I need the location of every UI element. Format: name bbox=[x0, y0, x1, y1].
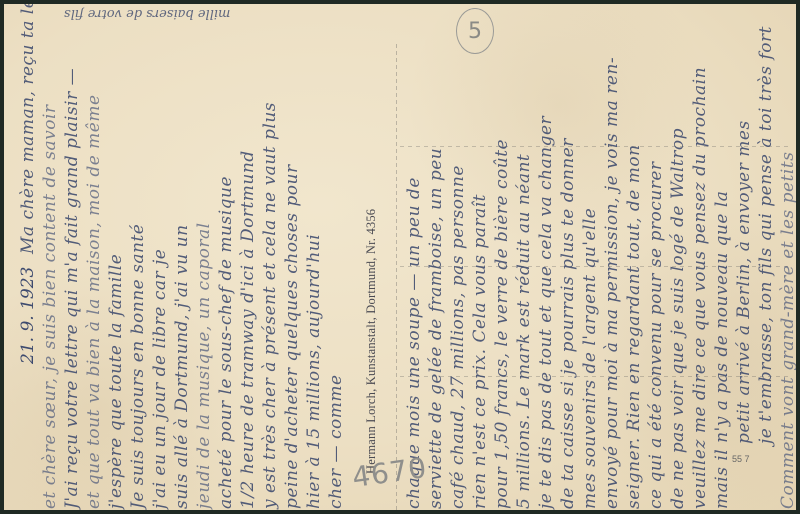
handwritten-line: Je suis toujours en bonne santé bbox=[128, 224, 148, 509]
circled-number: 5 bbox=[468, 19, 482, 44]
handwritten-line: cher — comme bbox=[326, 374, 346, 509]
handwritten-line: serviette de gelée de framboise, un peu bbox=[426, 148, 446, 509]
handwritten-line: de ne pas voir que je suis logé de Waltr… bbox=[668, 128, 688, 509]
handwritten-line: y est très cher à présent et cela ne vau… bbox=[260, 102, 280, 509]
handwritten-line: jeudi de la musique, un caporal bbox=[194, 222, 214, 509]
handwritten-line: je te dis pas de tout et que cela va cha… bbox=[536, 116, 556, 509]
handwritten-line: veuillez me dire ce que vous pensez du p… bbox=[690, 67, 710, 509]
handwritten-line: ce qui a été convenu pour se procurer bbox=[646, 161, 666, 509]
handwritten-line: J'ai reçu votre lettre qui m'a fait gran… bbox=[62, 68, 82, 509]
handwritten-line: 5 millions. Le mark est réduit au néant bbox=[514, 154, 534, 509]
handwritten-line: j'espère que toute la famille bbox=[106, 254, 126, 509]
handwritten-line: envoyé pour moi à ma permission, je vois… bbox=[602, 57, 622, 509]
handwritten-line: et chère sœur, je suis bien content de s… bbox=[40, 104, 60, 509]
handwritten-line: hier à 15 millions, aujourd'hui bbox=[304, 234, 324, 509]
handwritten-line: de ta caisse si je pourrais plus te donn… bbox=[558, 138, 578, 509]
handwritten-line: je t'embrasse, ton fils qui pense à toi … bbox=[756, 26, 776, 444]
handwritten-line: j'ai eu un jour de libre car je bbox=[150, 249, 170, 509]
center-divider bbox=[396, 44, 397, 510]
handwritten-line: café chaud, 27 millions, pas personne bbox=[448, 165, 468, 509]
handwritten-line: suis allé à Dortmund, j'ai vu un bbox=[172, 224, 192, 509]
postcard: 5 21. 9. 1923 Ma chère maman, reçu ta le… bbox=[4, 4, 796, 510]
handwritten-line: Ma chère maman, reçu ta lettre et ta car… bbox=[18, 4, 38, 254]
address-line bbox=[400, 146, 790, 147]
circled-number-mark: 5 bbox=[456, 8, 494, 54]
handwritten-line: et que tout va bien à la maison, moi de … bbox=[84, 94, 104, 509]
date-line: 21. 9. 1923 bbox=[18, 267, 38, 364]
handwritten-top-edge-line: mille baisers de votre fils bbox=[64, 6, 230, 21]
handwritten-line: petit arrivé à Berlin, à envoyer mes bbox=[734, 120, 754, 444]
handwritten-line: seigner. Rien en regardant tout, de mon bbox=[624, 144, 644, 509]
handwritten-line: mes souvenirs de l'argent qu'elle bbox=[580, 208, 600, 509]
printed-publisher-line: Hermann Lorch, Kunstanstalt, Dortmund, N… bbox=[364, 209, 379, 474]
handwritten-line: mais il n'y a pas de nouveau que la bbox=[712, 191, 732, 509]
corner-print-code: 55 7 bbox=[732, 454, 750, 464]
handwritten-line: Comment vont grand-mère et les petits bbox=[778, 152, 796, 509]
handwritten-line: acheté pour le sous-chef de musique bbox=[216, 176, 236, 509]
handwritten-line: 1/2 heure de tramway d'ici à Dortmund bbox=[238, 150, 258, 509]
handwritten-line: rien n'est ce prix. Cela vous paraît bbox=[470, 194, 490, 509]
handwritten-line: peine d'acheter quelques choses pour bbox=[282, 164, 302, 509]
handwritten-line: pour 1,50 francs, le verre de bière coût… bbox=[492, 139, 512, 509]
